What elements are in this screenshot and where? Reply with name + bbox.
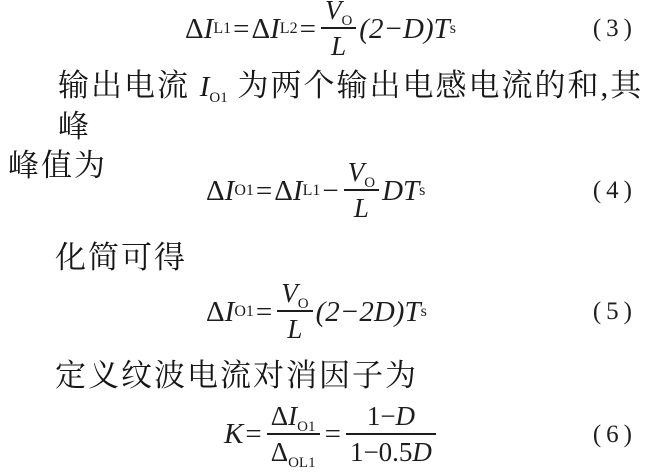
equals-sign: =	[256, 298, 272, 327]
variable-l: L	[277, 310, 312, 345]
text-define-cancellation-factor: 定义纹波电流对消因子为	[55, 356, 418, 395]
equation-row-6: K= ΔIO1 ΔOL1 = 1−D 1−0.5D (6)	[0, 398, 653, 472]
paragraph-line-1: 输出电流 IO1 为两个输出电感电流的和,其峰	[8, 66, 649, 146]
subscript-ol1: OL1	[288, 455, 316, 471]
variable-i: I	[288, 401, 297, 431]
variables-dt: DT	[382, 177, 419, 206]
delta-symbol: Δ	[185, 15, 204, 44]
fraction-numerator: VO	[277, 279, 312, 310]
variable-v: V	[325, 0, 342, 25]
numeric-term: 1−0.5	[350, 437, 412, 467]
variable-i: I	[270, 15, 280, 44]
equation-number-3: (3)	[593, 15, 653, 43]
equation-number-4: (4)	[593, 177, 653, 205]
equals-sign: =	[256, 177, 272, 206]
equation-row-5: ΔIO1= VO L (2−2D)Ts (5)	[0, 282, 653, 342]
delta-symbol: Δ	[274, 177, 293, 206]
delta-symbol: Δ	[206, 177, 225, 206]
fraction-delta-io1-over-delta-ol1: ΔIO1 ΔOL1	[267, 402, 320, 468]
variable-d: D	[403, 15, 424, 44]
variable-v: V	[281, 278, 298, 308]
paragraph-text-pre: 输出电流	[58, 68, 200, 103]
variable-k: K	[224, 420, 243, 449]
fraction-vo-over-l: VO L	[344, 158, 379, 224]
fraction-numerator: 1−D	[346, 402, 436, 433]
equation-number-6: (6)	[593, 421, 653, 449]
variable-d: D	[374, 298, 395, 327]
text-simplify: 化简可得	[55, 238, 187, 277]
variable-i: I	[204, 15, 214, 44]
equation-number-5: (5)	[593, 298, 653, 326]
equals-sign: =	[245, 420, 261, 449]
delta-symbol: Δ	[251, 15, 270, 44]
fraction-numerator: VO	[344, 158, 379, 189]
variable-i: I	[293, 177, 303, 206]
fraction-numerator: ΔIO1	[267, 402, 320, 433]
equals-sign: =	[325, 420, 341, 449]
fraction-denominator: ΔOL1	[267, 433, 320, 468]
delta-symbol: Δ	[206, 298, 225, 327]
paren-close: )	[395, 298, 405, 327]
delta-symbol: Δ	[271, 401, 288, 431]
delta-symbol: Δ	[271, 437, 288, 467]
variable-l: L	[321, 27, 356, 62]
fraction-vo-over-l: VO L	[277, 279, 312, 345]
fraction-numerator: VO	[321, 0, 356, 27]
subscript-o1: O1	[209, 90, 227, 106]
paren-open-term: (2−	[359, 15, 403, 44]
equation-row-3: ΔIL1=ΔIL2= VO L (2−D)Ts (3)	[0, 0, 653, 58]
paper-page: ΔIL1=ΔIL2= VO L (2−D)Ts (3) 输出电流 IO1 为两个…	[0, 0, 653, 474]
variable-l: L	[344, 189, 379, 224]
variable-i: I	[225, 177, 235, 206]
equation-row-4: ΔIO1=ΔIL1− VO L DTs (4)	[0, 158, 653, 224]
equation-5-formula: ΔIO1= VO L (2−2D)Ts	[206, 279, 427, 345]
variable-i: I	[200, 71, 210, 103]
variable-v: V	[348, 157, 365, 187]
variable-d: D	[396, 401, 416, 431]
paren-close: )	[424, 15, 434, 44]
fraction-vo-over-l: VO L	[321, 0, 356, 62]
equals-sign: =	[300, 15, 316, 44]
equation-3-formula: ΔIL1=ΔIL2= VO L (2−D)Ts	[185, 0, 456, 62]
equation-4-formula: ΔIO1=ΔIL1− VO L DTs	[206, 158, 425, 224]
numeric-term: 1−	[367, 401, 396, 431]
equation-6-formula: K= ΔIO1 ΔOL1 = 1−D 1−0.5D	[224, 402, 439, 468]
variable-i: I	[225, 298, 235, 327]
fraction-ripple-ratio: 1−D 1−0.5D	[346, 402, 436, 468]
equals-sign: =	[233, 15, 249, 44]
variable-t: T	[404, 298, 420, 327]
variable-d: D	[412, 437, 432, 467]
variable-t: T	[434, 15, 450, 44]
fraction-denominator: 1−0.5D	[346, 433, 436, 468]
paren-open-term: (2−2	[316, 298, 374, 327]
minus-sign: −	[322, 177, 338, 206]
